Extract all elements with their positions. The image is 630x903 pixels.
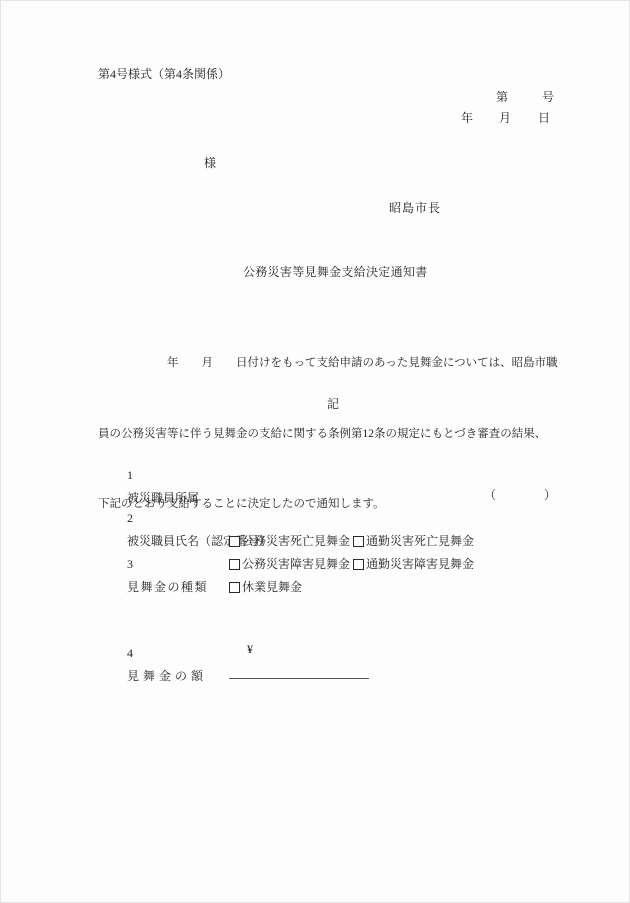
checkbox-option-tsuukin-shougai: 通勤災害障害見舞金 xyxy=(353,553,503,576)
document-page: 第4号様式（第4条関係） 第 号 年 月 日 様 昭島市長 公務災害等見舞金支給… xyxy=(0,0,630,903)
form-number: 第4号様式（第4条関係） xyxy=(98,65,230,83)
checkbox-icon xyxy=(229,559,240,570)
item-number: 2 xyxy=(127,507,146,530)
blank-parentheses: （ ） xyxy=(484,484,556,507)
checkbox-label: 休業見舞金 xyxy=(242,576,302,599)
checkbox-icon xyxy=(229,536,240,547)
benefit-type-options: 公務災害死亡見舞金 通勤災害死亡見舞金 公務災害障害見舞金 通勤災害障害見舞金 … xyxy=(229,530,503,599)
document-title: 公務災害等見舞金支給決定通知書 xyxy=(243,263,428,281)
date-day-label: 日 xyxy=(538,109,550,127)
issue-number-suffix: 号 xyxy=(542,88,554,106)
amount-field: ¥ xyxy=(229,621,369,679)
checkbox-option-kyuugyou: 休業見舞金 xyxy=(229,576,353,599)
issue-number-prefix: 第 xyxy=(496,88,508,106)
checkbox-label: 通勤災害死亡見舞金 xyxy=(366,530,474,553)
checkbox-label: 公務災害死亡見舞金 xyxy=(242,530,350,553)
checkbox-icon xyxy=(353,559,364,570)
record-heading: 記 xyxy=(327,395,339,413)
checkbox-option-koumu-shougai: 公務災害障害見舞金 xyxy=(229,553,353,576)
checkbox-label: 通勤災害障害見舞金 xyxy=(366,553,474,576)
item-number: 4 xyxy=(127,642,146,665)
date-year-label: 年 xyxy=(461,109,473,127)
checkbox-label: 公務災害障害見舞金 xyxy=(242,553,350,576)
yen-symbol: ¥ xyxy=(247,642,253,656)
sender-name: 昭島市長 xyxy=(389,199,441,217)
item-label: 見舞金の額 xyxy=(127,669,207,683)
checkbox-icon xyxy=(353,536,364,547)
checkbox-option-tsuukin-shibou: 通勤災害死亡見舞金 xyxy=(353,530,503,553)
date-month-label: 月 xyxy=(499,109,511,127)
item-label: 見舞金の種類 xyxy=(127,580,208,594)
item-number: 3 xyxy=(127,553,146,576)
item-row-benefit-amount: 4 見舞金の額 ¥ xyxy=(115,619,609,734)
addressee-honorific: 様 xyxy=(204,154,216,172)
checkbox-option-koumu-shibou: 公務災害死亡見舞金 xyxy=(229,530,353,553)
checkbox-icon xyxy=(229,582,240,593)
paragraph-line-1: 年 月 日付けをもって支給申請のあった見舞金については、昭島市職 xyxy=(98,352,558,376)
